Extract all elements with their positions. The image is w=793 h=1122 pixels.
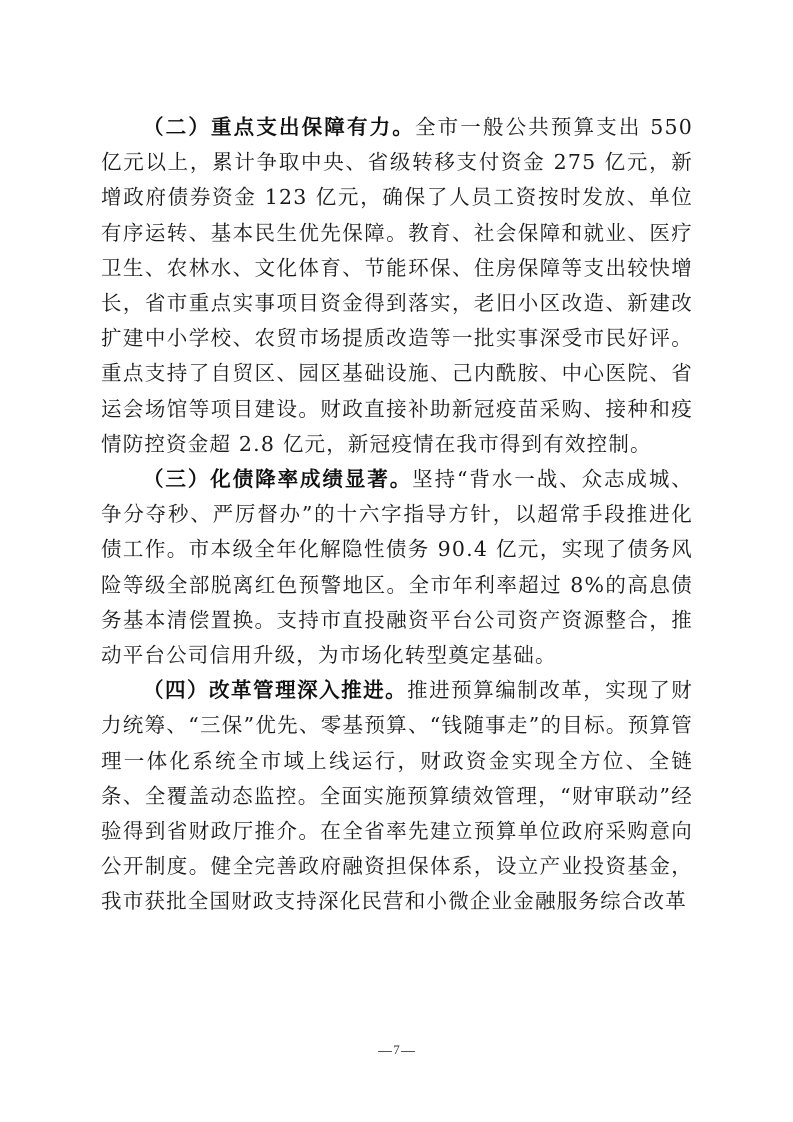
paragraph-key-spending: （二）重点支出保障有力。全市一般公共预算支出 550 亿元以上，累计争取中央、省… bbox=[101, 110, 693, 462]
paragraph-body: 坚持“背水一战、众志成城、争分夺秒、严厉督办”的十六字指导方针，以超常手段推进化… bbox=[101, 467, 693, 667]
paragraph-body: 推进预算编制改革，实现了财力统筹、“三保”优先、零基预算、“钱随事走”的目标。预… bbox=[101, 678, 693, 913]
footer-dash-right bbox=[401, 1051, 415, 1052]
document-page: （二）重点支出保障有力。全市一般公共预算支出 550 亿元以上，累计争取中央、省… bbox=[101, 110, 693, 920]
paragraph-reform-management: （四）改革管理深入推进。推进预算编制改革，实现了财力统筹、“三保”优先、零基预算… bbox=[101, 673, 693, 919]
paragraph-heading: （二）重点支出保障有力。 bbox=[143, 115, 415, 139]
footer-dash-left bbox=[378, 1051, 392, 1052]
page-number: 7 bbox=[393, 1042, 400, 1057]
paragraph-heading: （四）改革管理深入推进。 bbox=[143, 678, 407, 702]
paragraph-debt-reduction: （三）化债降率成绩显著。坚持“背水一战、众志成城、争分夺秒、严厉督办”的十六字指… bbox=[101, 462, 693, 673]
paragraph-heading: （三）化债降率成绩显著。 bbox=[143, 467, 412, 491]
paragraph-body: 全市一般公共预算支出 550 亿元以上，累计争取中央、省级转移支付资金 275 … bbox=[101, 115, 693, 456]
page-footer: 7 bbox=[0, 1042, 793, 1058]
